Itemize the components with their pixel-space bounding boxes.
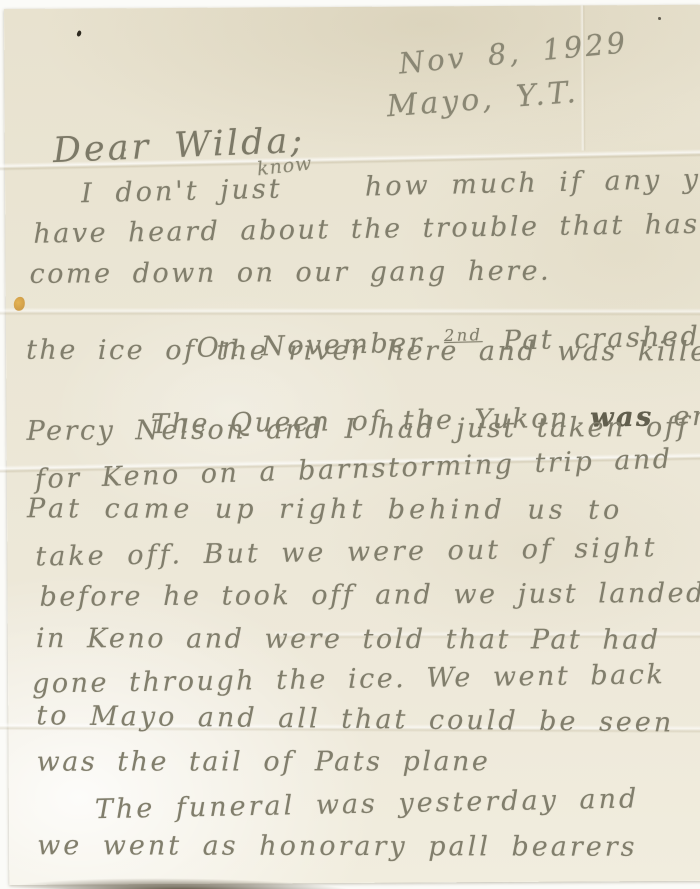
letter-paper: Nov 8, 1929 Mayo, Y.T. Dear Wilda; know … xyxy=(4,5,700,885)
letter-line: before he took off and we just landed xyxy=(39,578,700,613)
scan-background: Nov 8, 1929 Mayo, Y.T. Dear Wilda; know … xyxy=(0,0,700,889)
letter-line: Percy Nelson and I had just taken off xyxy=(26,412,689,447)
letter-line: come down on our gang here. xyxy=(30,256,552,290)
letter-line: Pat came up right behind us to xyxy=(27,493,623,526)
letter-line: we went as honorary pall bearers xyxy=(37,830,637,863)
dust-speck xyxy=(76,30,82,37)
letter-line: in Keno and were told that Pat had xyxy=(36,623,661,656)
letter-date: Nov 8, 1929 xyxy=(397,25,629,80)
paper-bottom-edge-shadow xyxy=(0,870,415,889)
dust-speck xyxy=(658,17,661,20)
letter-line: have heard about the trouble that has xyxy=(33,209,700,250)
letter-line: I don't just how much if any you xyxy=(81,163,700,210)
letter-line: gone through the ice. We went back xyxy=(32,659,666,699)
letter-place: Mayo, Y.T. xyxy=(386,75,580,124)
letter-line: The funeral was yesterday and xyxy=(95,783,640,825)
vertical-crease xyxy=(580,5,586,150)
letter-line: to Mayo and all that could be seen xyxy=(36,700,674,738)
letter-line: take off. But we were out of sight xyxy=(35,532,658,572)
letter-line: the ice of the river here and was killed… xyxy=(26,335,700,368)
letter-line: was the tail of Pats plane xyxy=(37,746,491,777)
